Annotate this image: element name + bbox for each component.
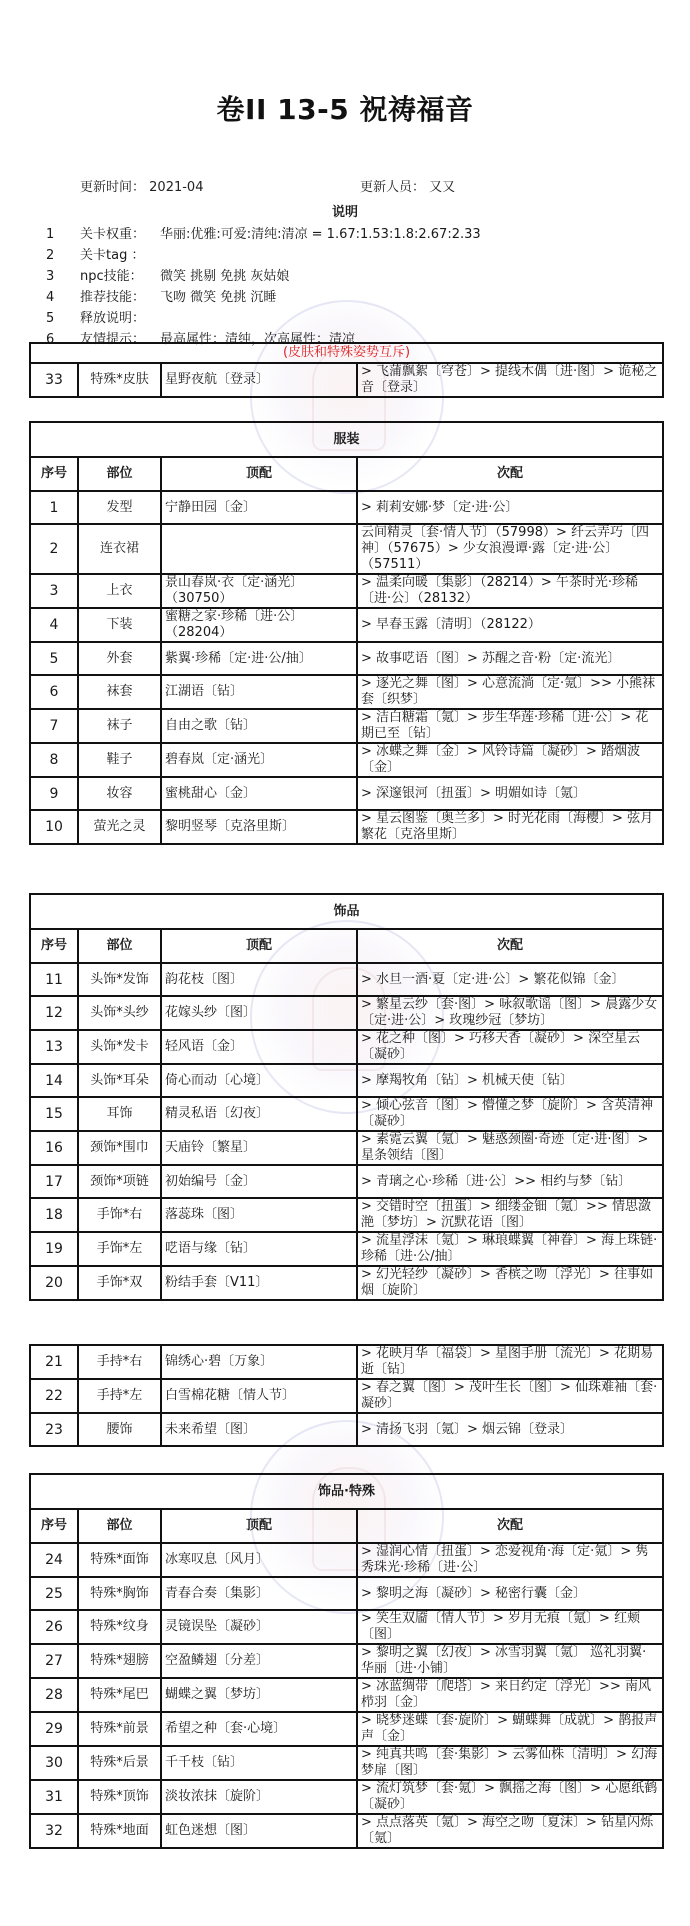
note-item: 5释放说明：: [46, 308, 481, 329]
row-alternatives: > 笑生双靥〔情人节〕> 岁月无痕〔氪〕> 红颊〔图〕: [357, 1610, 663, 1644]
row-top-pick: 天庙铃〔繁星〕: [161, 1131, 357, 1165]
row-alternatives: > 倾心弦音〔图〕> 懵懂之梦〔旋阶〕> 含英清神〔凝砂〕: [357, 1097, 663, 1131]
note-number: 2: [46, 245, 80, 266]
row-number: 1: [30, 491, 78, 524]
row-alternatives: > 青璃之心·珍稀〔进·公〕>> 相约与梦〔钻〕: [357, 1165, 663, 1198]
row-part: 特殊*胸饰: [78, 1577, 161, 1610]
table-row: 27特殊*翅膀空盈鳞翅〔分差〕> 黎明之翼〔幻夜〕> 冰雪羽翼〔氪〕 巡礼羽翼·…: [30, 1644, 663, 1678]
row-part: 特殊*地面: [78, 1814, 161, 1848]
row-alternatives: > 故事呓语〔图〕> 苏醒之音·粉〔定·流光〕: [357, 642, 663, 675]
row-alternatives: > 冰蓝绸带〔爬塔〕> 来日约定〔浮光〕>> 南风栉羽〔金〕: [357, 1678, 663, 1712]
row-top-pick: 希望之种〔套·心境〕: [161, 1712, 357, 1746]
row-alternatives: > 莉莉安娜·梦〔定·进·公〕: [357, 491, 663, 524]
row-top-pick: 宁静田园〔金〕: [161, 491, 357, 524]
table-row: 5外套紫翼·珍稀〔定·进·公/抽〕> 故事呓语〔图〕> 苏醒之音·粉〔定·流光〕: [30, 642, 663, 675]
table-row: 22手持*左白雪棉花糖〔情人节〕> 春之翼〔图〕> 茂叶生长〔图〕> 仙珠难袖〔…: [30, 1379, 663, 1413]
note-value: 华丽:优雅:可爱:清纯:清凉 = 1.67:1.53:1.8:2.67:2.33: [160, 224, 481, 245]
row-top-pick: 落蕊珠〔图〕: [161, 1198, 357, 1232]
row-alternatives: > 清扬飞羽〔氪〕> 烟云锦〔登录〕: [357, 1413, 663, 1446]
row-top-pick: 冰寒叹息〔风月〕: [161, 1543, 357, 1577]
row-top-pick: 景山春岚·衣〔定·涵光〕（30750）: [161, 574, 357, 608]
row-top-pick: 粉结手套〔V11〕: [161, 1266, 357, 1300]
row-number: 33: [30, 363, 78, 397]
row-number: 12: [30, 996, 78, 1030]
row-top-pick: 轻风语〔金〕: [161, 1030, 357, 1064]
note-label: 释放说明：: [80, 308, 160, 329]
row-alternatives: > 深邃银河〔扭蛋〕> 明媚如诗〔氪〕: [357, 777, 663, 810]
row-part: 颈饰*围巾: [78, 1131, 161, 1165]
row-top-pick: 蝴蝶之翼〔梦坊〕: [161, 1678, 357, 1712]
row-top-pick: 蜜糖之家·珍稀〔进·公〕（28204）: [161, 608, 357, 642]
row-part: 妆容: [78, 777, 161, 810]
row-top-pick: 精灵私语〔幻夜〕: [161, 1097, 357, 1131]
row-number: 2: [30, 524, 78, 574]
row-top-pick: 紫翼·珍稀〔定·进·公/抽〕: [161, 642, 357, 675]
row-alternatives: > 花映月华〔福袋〕> 星图手册〔流光〕> 花期易逝〔钻〕: [357, 1345, 663, 1379]
note-label: npc技能：: [80, 266, 160, 287]
row-part: 手饰*右: [78, 1198, 161, 1232]
row-part: 耳饰: [78, 1097, 161, 1131]
row-number: 32: [30, 1814, 78, 1848]
column-header-number: 序号: [30, 457, 78, 491]
column-header-top: 顶配: [161, 1509, 357, 1543]
row-part: 上衣: [78, 574, 161, 608]
row-part: 连衣裙: [78, 524, 161, 574]
row-alternatives: > 幻光轻纱〔凝砂〕> 香槟之吻〔浮光〕> 往事如烟〔旋阶〕: [357, 1266, 663, 1300]
row-number: 11: [30, 963, 78, 996]
column-header-sub: 次配: [357, 457, 663, 491]
table-row: 24特殊*面饰冰寒叹息〔风月〕> 湿润心情〔扭蛋〕> 恋爱视角·海〔定·氪〕> …: [30, 1543, 663, 1577]
row-number: 26: [30, 1610, 78, 1644]
row-number: 23: [30, 1413, 78, 1446]
accessory-table: 饰品 序号 部位 顶配 次配 11头饰*发饰韵花枝〔图〕> 水旦一酒·夏〔定·进…: [29, 893, 664, 1301]
row-number: 19: [30, 1232, 78, 1266]
row-part: 特殊*皮肤: [78, 363, 161, 397]
table-row: 18手饰*右落蕊珠〔图〕> 交错时空〔扭蛋〕> 细缕金钿〔氪〕>> 情思潋滟〔梦…: [30, 1198, 663, 1232]
row-alternatives: > 早春玉露〔清明〕（28122）: [357, 608, 663, 642]
update-time: 更新时间： 2021-04: [80, 176, 203, 195]
row-top-pick: 自由之歌〔钻〕: [161, 709, 357, 743]
row-part: 头饰*头纱: [78, 996, 161, 1030]
table-row: 16颈饰*围巾天庙铃〔繁星〕> 素霓云翼〔氪〕> 魅惑颈圈·奇迹〔定·进·图〕>…: [30, 1131, 663, 1165]
table-row: 29特殊*前景希望之种〔套·心境〕> 晓梦迷蝶〔套·旋阶〕> 蝴蝶舞〔成就〕> …: [30, 1712, 663, 1746]
row-part: 颈饰*项链: [78, 1165, 161, 1198]
row-part: 手饰*双: [78, 1266, 161, 1300]
table-row: 11头饰*发饰韵花枝〔图〕> 水旦一酒·夏〔定·进·公〕> 繁花似锦〔金〕: [30, 963, 663, 996]
row-top-pick: 白雪棉花糖〔情人节〕: [161, 1379, 357, 1413]
row-part: 特殊*翅膀: [78, 1644, 161, 1678]
table-row: 12头饰*头纱花嫁头纱〔图〕> 繁星云纱〔套·图〕> 咏叙歌谣〔图〕> 晨露少女…: [30, 996, 663, 1030]
column-header-top: 顶配: [161, 457, 357, 491]
table-caption: 饰品·特殊: [30, 1474, 663, 1509]
row-number: 20: [30, 1266, 78, 1300]
row-number: 15: [30, 1097, 78, 1131]
row-part: 下装: [78, 608, 161, 642]
row-alternatives: > 晓梦迷蝶〔套·旋阶〕> 蝴蝶舞〔成就〕> 鹊报声声〔金〕: [357, 1712, 663, 1746]
row-alternatives: > 黎明之海〔凝砂〕> 秘密行囊〔金〕: [357, 1577, 663, 1610]
row-top-pick: 虹色迷想〔图〕: [161, 1814, 357, 1848]
note-label: 关卡权重：: [80, 224, 160, 245]
row-alternatives: > 冰蝶之舞〔金〕> 风铃诗篇〔凝砂〕> 踏烟波〔金〕: [357, 743, 663, 777]
row-alternatives: > 飞蒲飘絮〔穹苍〕> 提线木偶〔进·图〕> 诡秘之音〔登录〕: [357, 363, 663, 397]
row-alternatives: > 点点落英〔氪〕> 海空之吻〔夏沫〕> 钻星闪烁〔氪〕: [357, 1814, 663, 1848]
row-number: 9: [30, 777, 78, 810]
notes-list: 1关卡权重：华丽:优雅:可爱:清纯:清凉 = 1.67:1.53:1.8:2.6…: [46, 224, 481, 350]
row-top-pick: 韵花枝〔图〕: [161, 963, 357, 996]
row-alternatives: > 逐光之舞〔图〕> 心意流淌〔定·氪〕>> 小熊袜套〔织梦〕: [357, 675, 663, 709]
note-number: 3: [46, 266, 80, 287]
table-row: 23腰饰未来希望〔图〕> 清扬飞羽〔氪〕> 烟云锦〔登录〕: [30, 1413, 663, 1446]
row-number: 28: [30, 1678, 78, 1712]
table-row: 28特殊*尾巴蝴蝶之翼〔梦坊〕> 冰蓝绸带〔爬塔〕> 来日约定〔浮光〕>> 南风…: [30, 1678, 663, 1712]
row-number: 14: [30, 1064, 78, 1097]
row-part: 手持*左: [78, 1379, 161, 1413]
table-row: 8鞋子碧春岚〔定·涵光〕> 冰蝶之舞〔金〕> 风铃诗篇〔凝砂〕> 踏烟波〔金〕: [30, 743, 663, 777]
row-number: 27: [30, 1644, 78, 1678]
row-alternatives: > 繁星云纱〔套·图〕> 咏叙歌谣〔图〕> 晨露少女〔定·进·公〕> 玫瑰纱冠〔…: [357, 996, 663, 1030]
row-number: 25: [30, 1577, 78, 1610]
row-top-pick: 碧春岚〔定·涵光〕: [161, 743, 357, 777]
row-number: 4: [30, 608, 78, 642]
table-caption: 饰品: [30, 894, 663, 929]
row-number: 17: [30, 1165, 78, 1198]
row-part: 袜子: [78, 709, 161, 743]
table-row: 14头饰*耳朵倚心而动〔心境〕> 摩羯牧角〔钻〕> 机械天使〔钻〕: [30, 1064, 663, 1097]
row-top-pick: 空盈鳞翅〔分差〕: [161, 1644, 357, 1678]
row-part: 发型: [78, 491, 161, 524]
special-accessory-table: 饰品·特殊 序号 部位 顶配 次配 24特殊*面饰冰寒叹息〔风月〕> 湿润心情〔…: [29, 1473, 664, 1849]
table-row: 3上衣景山春岚·衣〔定·涵光〕（30750）> 温柔向暖〔集影〕（28214）>…: [30, 574, 663, 608]
row-part: 特殊*纹身: [78, 1610, 161, 1644]
column-header-part: 部位: [78, 457, 161, 491]
note-item: 3 npc技能：微笑 挑剔 免挑 灰姑娘: [46, 266, 481, 287]
note-item: 4推荐技能：飞吻 微笑 免挑 沉睡: [46, 287, 481, 308]
table-caption: 服装: [30, 422, 663, 457]
clothing-table: 服装 序号 部位 顶配 次配 1发型宁静田园〔金〕> 莉莉安娜·梦〔定·进·公〕…: [29, 421, 664, 845]
row-part: 特殊*面饰: [78, 1543, 161, 1577]
note-value: 飞吻 微笑 免挑 沉睡: [160, 287, 276, 308]
table-row: 20手饰*双粉结手套〔V11〕> 幻光轻纱〔凝砂〕> 香槟之吻〔浮光〕> 往事如…: [30, 1266, 663, 1300]
row-part: 外套: [78, 642, 161, 675]
row-alternatives: > 星云图鉴〔奥兰多〕> 时光花雨〔海樱〕> 弦月繁花〔克洛里斯〕: [357, 810, 663, 844]
row-part: 手饰*左: [78, 1232, 161, 1266]
row-alternatives: > 素霓云翼〔氪〕> 魅惑颈圈·奇迹〔定·进·图〕> 星条领结〔图〕: [357, 1131, 663, 1165]
row-part: 特殊*前景: [78, 1712, 161, 1746]
row-alternatives: > 纯真共鸣〔套·集影〕> 云雾仙株〔清明〕> 幻海梦扉〔图〕: [357, 1746, 663, 1780]
page-title: 卷II 13-5 祝祷福音: [0, 88, 690, 128]
row-alternatives: > 黎明之翼〔幻夜〕> 冰雪羽翼〔氪〕 巡礼羽翼·华丽〔进·小铺〕: [357, 1644, 663, 1678]
row-number: 7: [30, 709, 78, 743]
row-alternatives: 云间精灵〔套·情人节〕（57998）> 纤云弄巧〔四神〕（57675）> 少女浪…: [357, 524, 663, 574]
updater-label: 更新人员：: [360, 180, 425, 195]
note-number: 4: [46, 287, 80, 308]
row-top-pick: 锦绣心·碧〔万象〕: [161, 1345, 357, 1379]
row-top-pick: 呓语与缘〔钻〕: [161, 1232, 357, 1266]
row-top-pick: 未来希望〔图〕: [161, 1413, 357, 1446]
column-header-sub: 次配: [357, 929, 663, 963]
row-number: 21: [30, 1345, 78, 1379]
table-row: 21手持*右锦绣心·碧〔万象〕> 花映月华〔福袋〕> 星图手册〔流光〕> 花期易…: [30, 1345, 663, 1379]
row-top-pick: 江湖语〔钻〕: [161, 675, 357, 709]
row-alternatives: > 交错时空〔扭蛋〕> 细缕金钿〔氪〕>> 情思潋滟〔梦坊〕> 沉默花语〔图〕: [357, 1198, 663, 1232]
row-number: 13: [30, 1030, 78, 1064]
updater: 更新人员： 又又: [360, 176, 455, 195]
column-header-sub: 次配: [357, 1509, 663, 1543]
row-top-pick: 黎明竖琴〔克洛里斯〕: [161, 810, 357, 844]
row-part: 鞋子: [78, 743, 161, 777]
table-row: 4下装蜜糖之家·珍稀〔进·公〕（28204）> 早春玉露〔清明〕（28122）: [30, 608, 663, 642]
row-alternatives: > 洁白糖霜〔氪〕> 步生华莲·珍稀〔进·公〕> 花期已至〔钻〕: [357, 709, 663, 743]
table-row: 25特殊*胸饰青春合奏〔集影〕> 黎明之海〔凝砂〕> 秘密行囊〔金〕: [30, 1577, 663, 1610]
table-row: 15耳饰精灵私语〔幻夜〕> 倾心弦音〔图〕> 懵懂之梦〔旋阶〕> 含英清神〔凝砂…: [30, 1097, 663, 1131]
note-label: 推荐技能：: [80, 287, 160, 308]
row-alternatives: > 摩羯牧角〔钻〕> 机械天使〔钻〕: [357, 1064, 663, 1097]
row-number: 16: [30, 1131, 78, 1165]
table-row: 13头饰*发卡轻风语〔金〕> 花之种〔图〕> 巧移天香〔凝砂〕> 深空星云〔凝砂…: [30, 1030, 663, 1064]
row-part: 袜套: [78, 675, 161, 709]
column-header-number: 序号: [30, 929, 78, 963]
row-top-pick: 星野夜航〔登录〕: [161, 363, 357, 397]
row-top-pick: 青春合奏〔集影〕: [161, 1577, 357, 1610]
table-row: 17颈饰*项链初始编号〔金〕> 青璃之心·珍稀〔进·公〕>> 相约与梦〔钻〕: [30, 1165, 663, 1198]
table-row: 19手饰*左呓语与缘〔钻〕> 流星浮沫〔氪〕> 琳琅蝶翼〔神眷〕> 海上珠链·珍…: [30, 1232, 663, 1266]
row-number: 31: [30, 1780, 78, 1814]
row-top-pick: 千千枝〔钻〕: [161, 1746, 357, 1780]
row-number: 3: [30, 574, 78, 608]
row-part: 头饰*发卡: [78, 1030, 161, 1064]
row-top-pick: 倚心而动〔心境〕: [161, 1064, 357, 1097]
row-alternatives: > 湿润心情〔扭蛋〕> 恋爱视角·海〔定·氪〕> 隽秀珠光·珍稀〔进·公〕: [357, 1543, 663, 1577]
row-part: 特殊*后景: [78, 1746, 161, 1780]
note-number: 1: [46, 224, 80, 245]
table-row: 26特殊*纹身灵镜误坠〔凝砂〕> 笑生双靥〔情人节〕> 岁月无痕〔氪〕> 红颊〔…: [30, 1610, 663, 1644]
explain-heading: 说明: [0, 201, 690, 220]
column-header-number: 序号: [30, 1509, 78, 1543]
row-number: 30: [30, 1746, 78, 1780]
row-number: 22: [30, 1379, 78, 1413]
row-part: 特殊*顶饰: [78, 1780, 161, 1814]
column-header-part: 部位: [78, 929, 161, 963]
row-top-pick: 灵镜误坠〔凝砂〕: [161, 1610, 357, 1644]
note-item: 2 关卡tag ：: [46, 245, 481, 266]
table-row: 6袜套江湖语〔钻〕> 逐光之舞〔图〕> 心意流淌〔定·氪〕>> 小熊袜套〔织梦〕: [30, 675, 663, 709]
note-label: 关卡tag ：: [80, 245, 160, 266]
row-number: 6: [30, 675, 78, 709]
skin-table: (皮肤和特殊姿势互斥) 33 特殊*皮肤 星野夜航〔登录〕 > 飞蒲飘絮〔穹苍〕…: [29, 342, 664, 398]
table-row: 1发型宁静田园〔金〕> 莉莉安娜·梦〔定·进·公〕: [30, 491, 663, 524]
row-top-pick: 初始编号〔金〕: [161, 1165, 357, 1198]
table-row: 31特殊*顶饰淡妆浓抹〔旋阶〕> 流灯筑梦〔套·氪〕> 飘摇之海〔图〕> 心愿纸…: [30, 1780, 663, 1814]
row-top-pick: 花嫁头纱〔图〕: [161, 996, 357, 1030]
table-row: 7袜子自由之歌〔钻〕> 洁白糖霜〔氪〕> 步生华莲·珍稀〔进·公〕> 花期已至〔…: [30, 709, 663, 743]
updater-value: 又又: [429, 180, 455, 195]
update-time-label: 更新时间：: [80, 180, 145, 195]
column-header-part: 部位: [78, 1509, 161, 1543]
table-row: 9妆容蜜桃甜心〔金〕> 深邃银河〔扭蛋〕> 明媚如诗〔氪〕: [30, 777, 663, 810]
row-top-pick: [161, 524, 357, 574]
row-alternatives: > 温柔向暖〔集影〕（28214）> 午茶时光·珍稀〔进·公〕（28132）: [357, 574, 663, 608]
row-number: 29: [30, 1712, 78, 1746]
note-item: 1关卡权重：华丽:优雅:可爱:清纯:清凉 = 1.67:1.53:1.8:2.6…: [46, 224, 481, 245]
table-row: 30特殊*后景千千枝〔钻〕> 纯真共鸣〔套·集影〕> 云雾仙株〔清明〕> 幻海梦…: [30, 1746, 663, 1780]
row-number: 10: [30, 810, 78, 844]
column-header-top: 顶配: [161, 929, 357, 963]
row-alternatives: > 水旦一酒·夏〔定·进·公〕> 繁花似锦〔金〕: [357, 963, 663, 996]
note-value: 微笑 挑剔 免挑 灰姑娘: [160, 266, 289, 287]
row-part: 头饰*耳朵: [78, 1064, 161, 1097]
row-part: 萤光之灵: [78, 810, 161, 844]
table-row: 32特殊*地面虹色迷想〔图〕> 点点落英〔氪〕> 海空之吻〔夏沫〕> 钻星闪烁〔…: [30, 1814, 663, 1848]
row-top-pick: 蜜桃甜心〔金〕: [161, 777, 357, 810]
row-part: 特殊*尾巴: [78, 1678, 161, 1712]
skin-exclusive-note: (皮肤和特殊姿势互斥): [30, 343, 663, 363]
table-row: 2连衣裙云间精灵〔套·情人节〕（57998）> 纤云弄巧〔四神〕（57675）>…: [30, 524, 663, 574]
row-part: 腰饰: [78, 1413, 161, 1446]
row-number: 8: [30, 743, 78, 777]
row-part: 头饰*发饰: [78, 963, 161, 996]
row-alternatives: > 花之种〔图〕> 巧移天香〔凝砂〕> 深空星云〔凝砂〕: [357, 1030, 663, 1064]
row-number: 5: [30, 642, 78, 675]
row-top-pick: 淡妆浓抹〔旋阶〕: [161, 1780, 357, 1814]
table-row: 10萤光之灵黎明竖琴〔克洛里斯〕> 星云图鉴〔奥兰多〕> 时光花雨〔海樱〕> 弦…: [30, 810, 663, 844]
row-alternatives: > 流星浮沫〔氪〕> 琳琅蝶翼〔神眷〕> 海上珠链·珍稀〔进·公/抽〕: [357, 1232, 663, 1266]
row-alternatives: > 流灯筑梦〔套·氪〕> 飘摇之海〔图〕> 心愿纸鹤〔凝砂〕: [357, 1780, 663, 1814]
update-time-value: 2021-04: [149, 180, 203, 195]
note-number: 5: [46, 308, 80, 329]
row-part: 手持*右: [78, 1345, 161, 1379]
accessory-table-continued: 21手持*右锦绣心·碧〔万象〕> 花映月华〔福袋〕> 星图手册〔流光〕> 花期易…: [29, 1344, 664, 1447]
row-number: 24: [30, 1543, 78, 1577]
row-alternatives: > 春之翼〔图〕> 茂叶生长〔图〕> 仙珠难袖〔套·凝砂〕: [357, 1379, 663, 1413]
row-number: 18: [30, 1198, 78, 1232]
